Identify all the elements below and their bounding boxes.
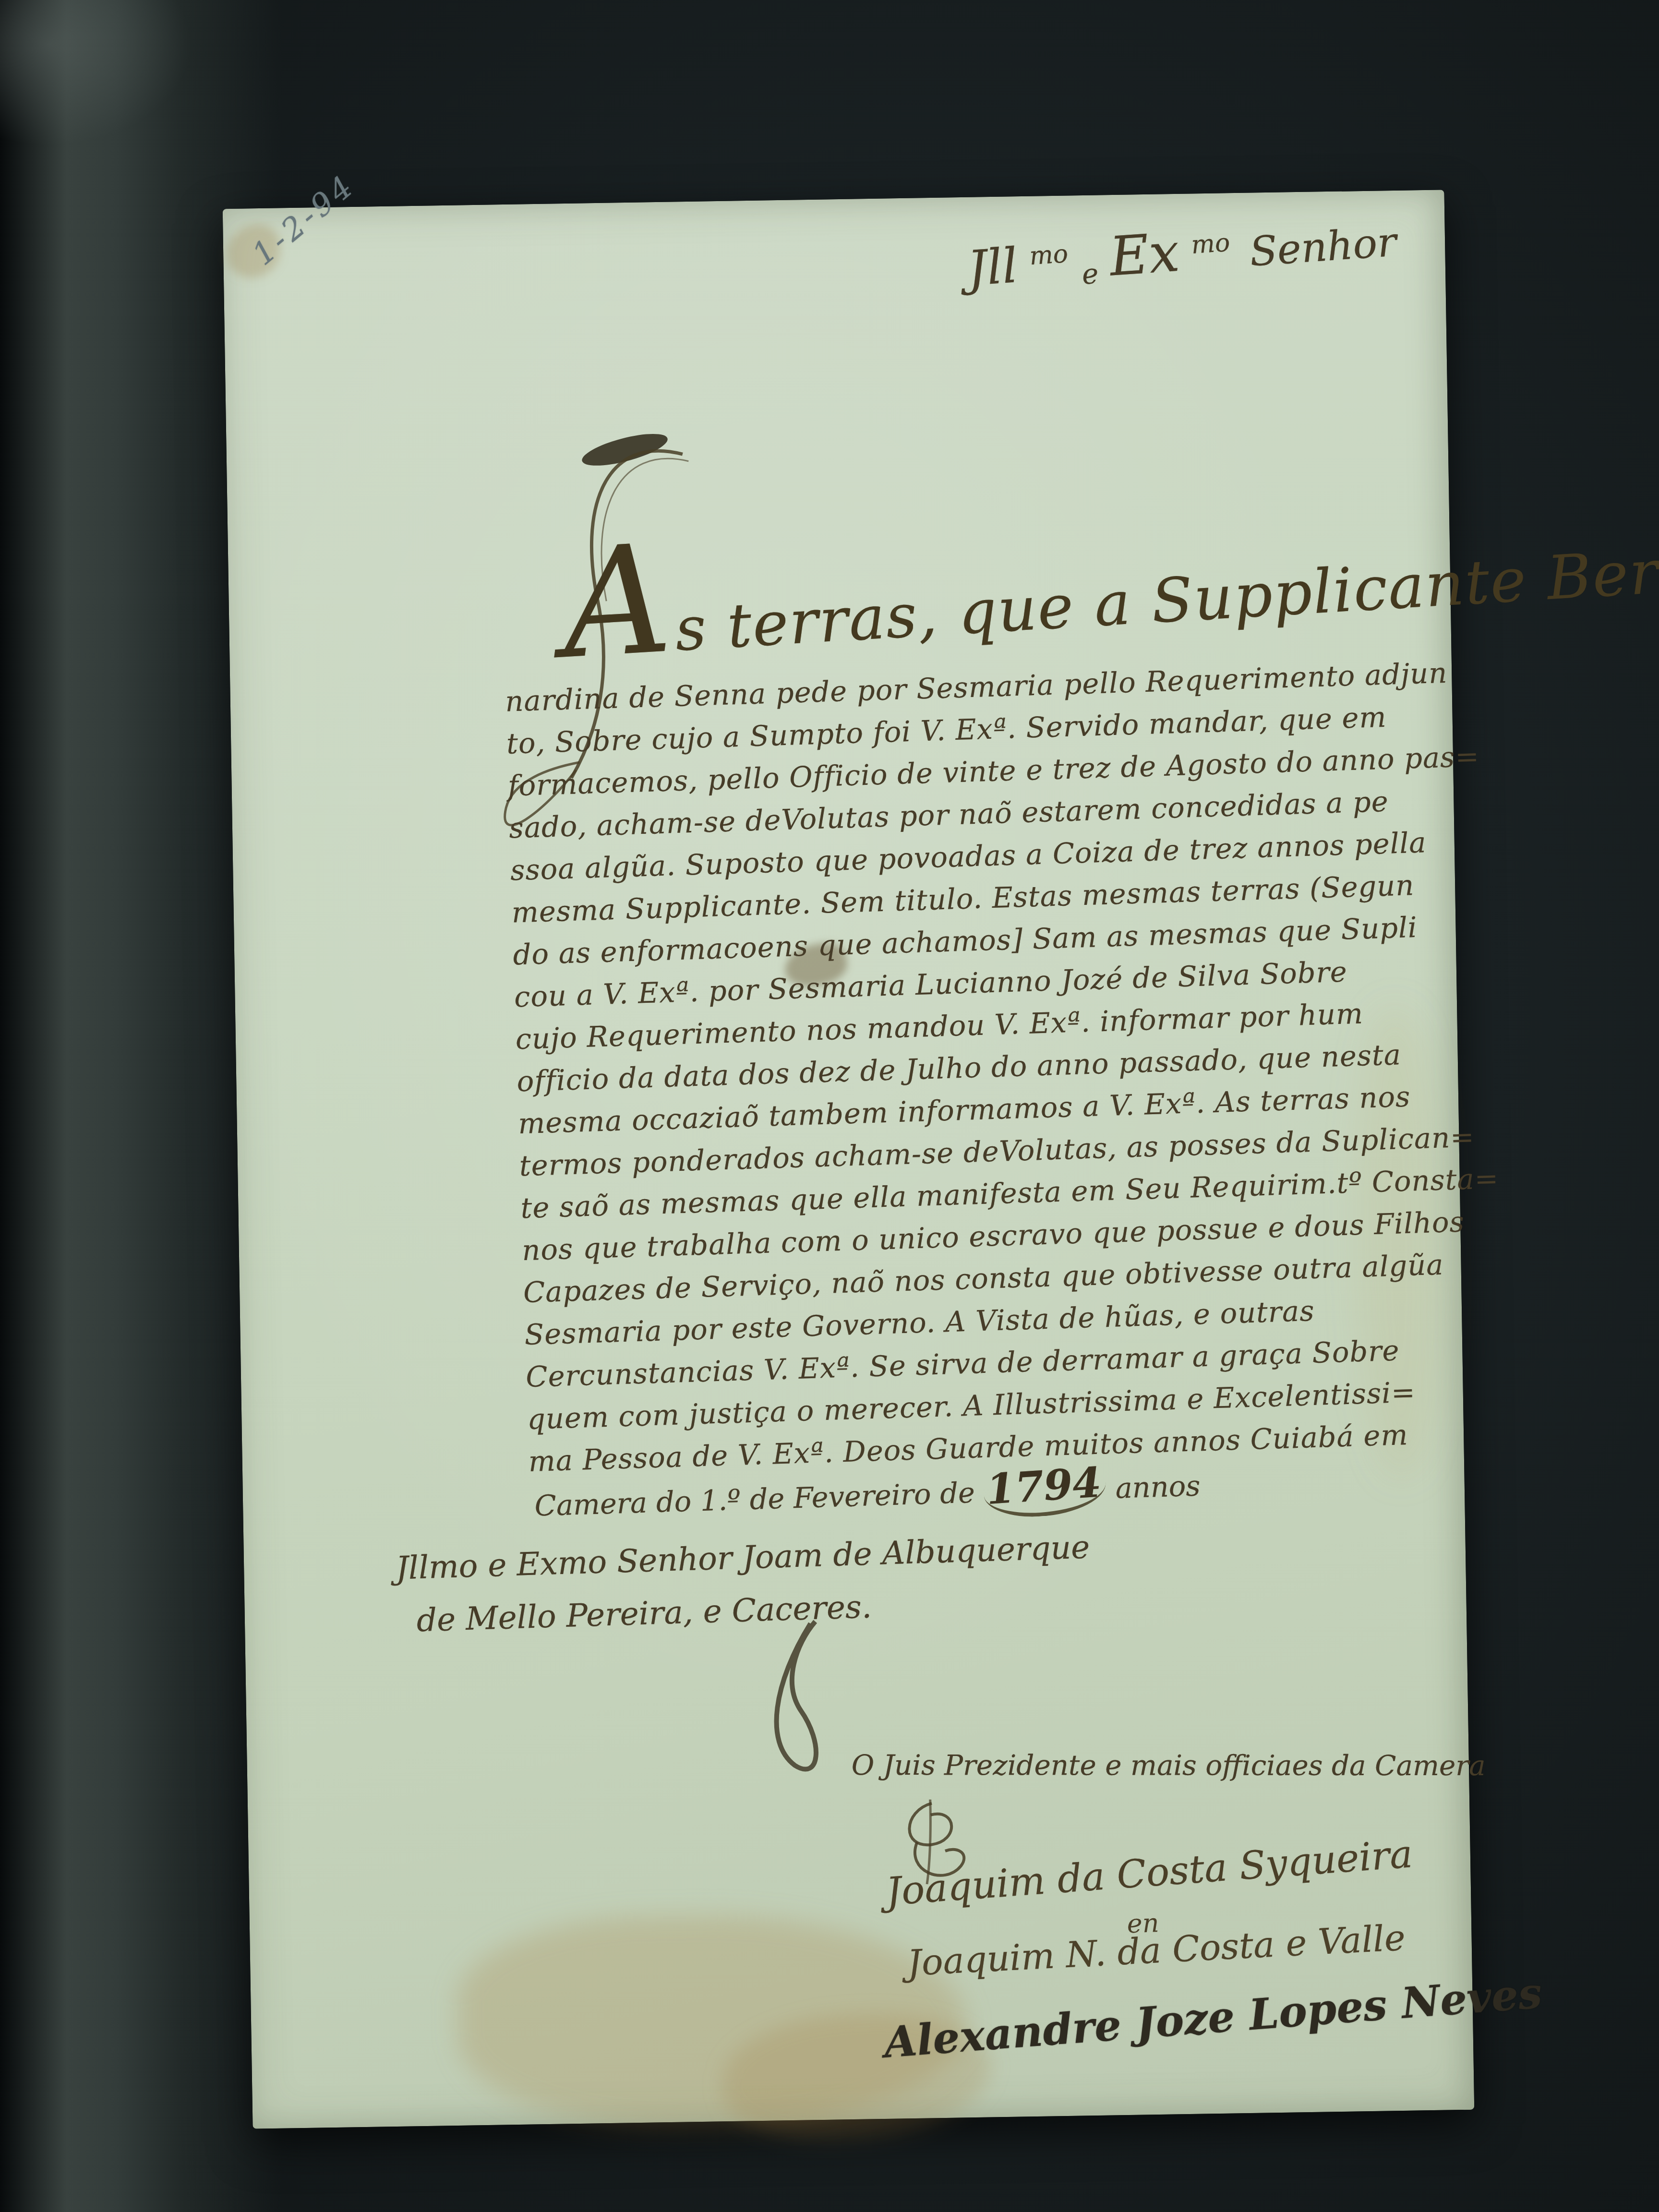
date-year: 1794 — [982, 1458, 1108, 1520]
manuscript-text-layer: 1-2-94 Jll mo e Ex mo Senhor A s terras,… — [214, 179, 1494, 2136]
pencil-archival-number: 1-2-94 — [246, 135, 401, 273]
closing-line: O Juis Prezidente e mais officiaes da Ca… — [852, 1749, 1485, 1782]
salutation-illmo-sup: mo — [1028, 240, 1069, 271]
descender-flourish — [752, 1614, 833, 1780]
photo-background: { "colors": { "background": "#1b2224", "… — [0, 0, 1659, 2212]
opening-line-text: s terras, que a Supplicante Ber= — [673, 534, 1659, 665]
body-paragraph: nardina de Senna pede por Sesmaria pello… — [505, 652, 1473, 1483]
opening-initial: A — [558, 524, 675, 680]
date-suffix: annos — [1106, 1469, 1201, 1505]
addressee-line-1: Jllmo e Exmo Senhor Joam de Albuquerque — [395, 1528, 1090, 1587]
salutation-exmo-sup: mo — [1190, 228, 1231, 260]
date-prefix: Camera do 1.º de Fevereiro de — [534, 1476, 985, 1523]
salutation-conjunction: e — [1081, 257, 1100, 291]
salutation-senhor: Senhor — [1248, 218, 1398, 276]
manuscript-paper: 1-2-94 Jll mo e Ex mo Senhor A s terras,… — [223, 190, 1475, 2128]
salutation-line: Jll mo e Ex mo Senhor — [965, 204, 1430, 298]
signature-alexandre-joze-neves: Alexandre Joze Lopes Neves — [882, 1968, 1544, 2068]
salutation-exmo: Ex — [1107, 221, 1181, 289]
salutation-illmo: Jll — [966, 237, 1020, 297]
